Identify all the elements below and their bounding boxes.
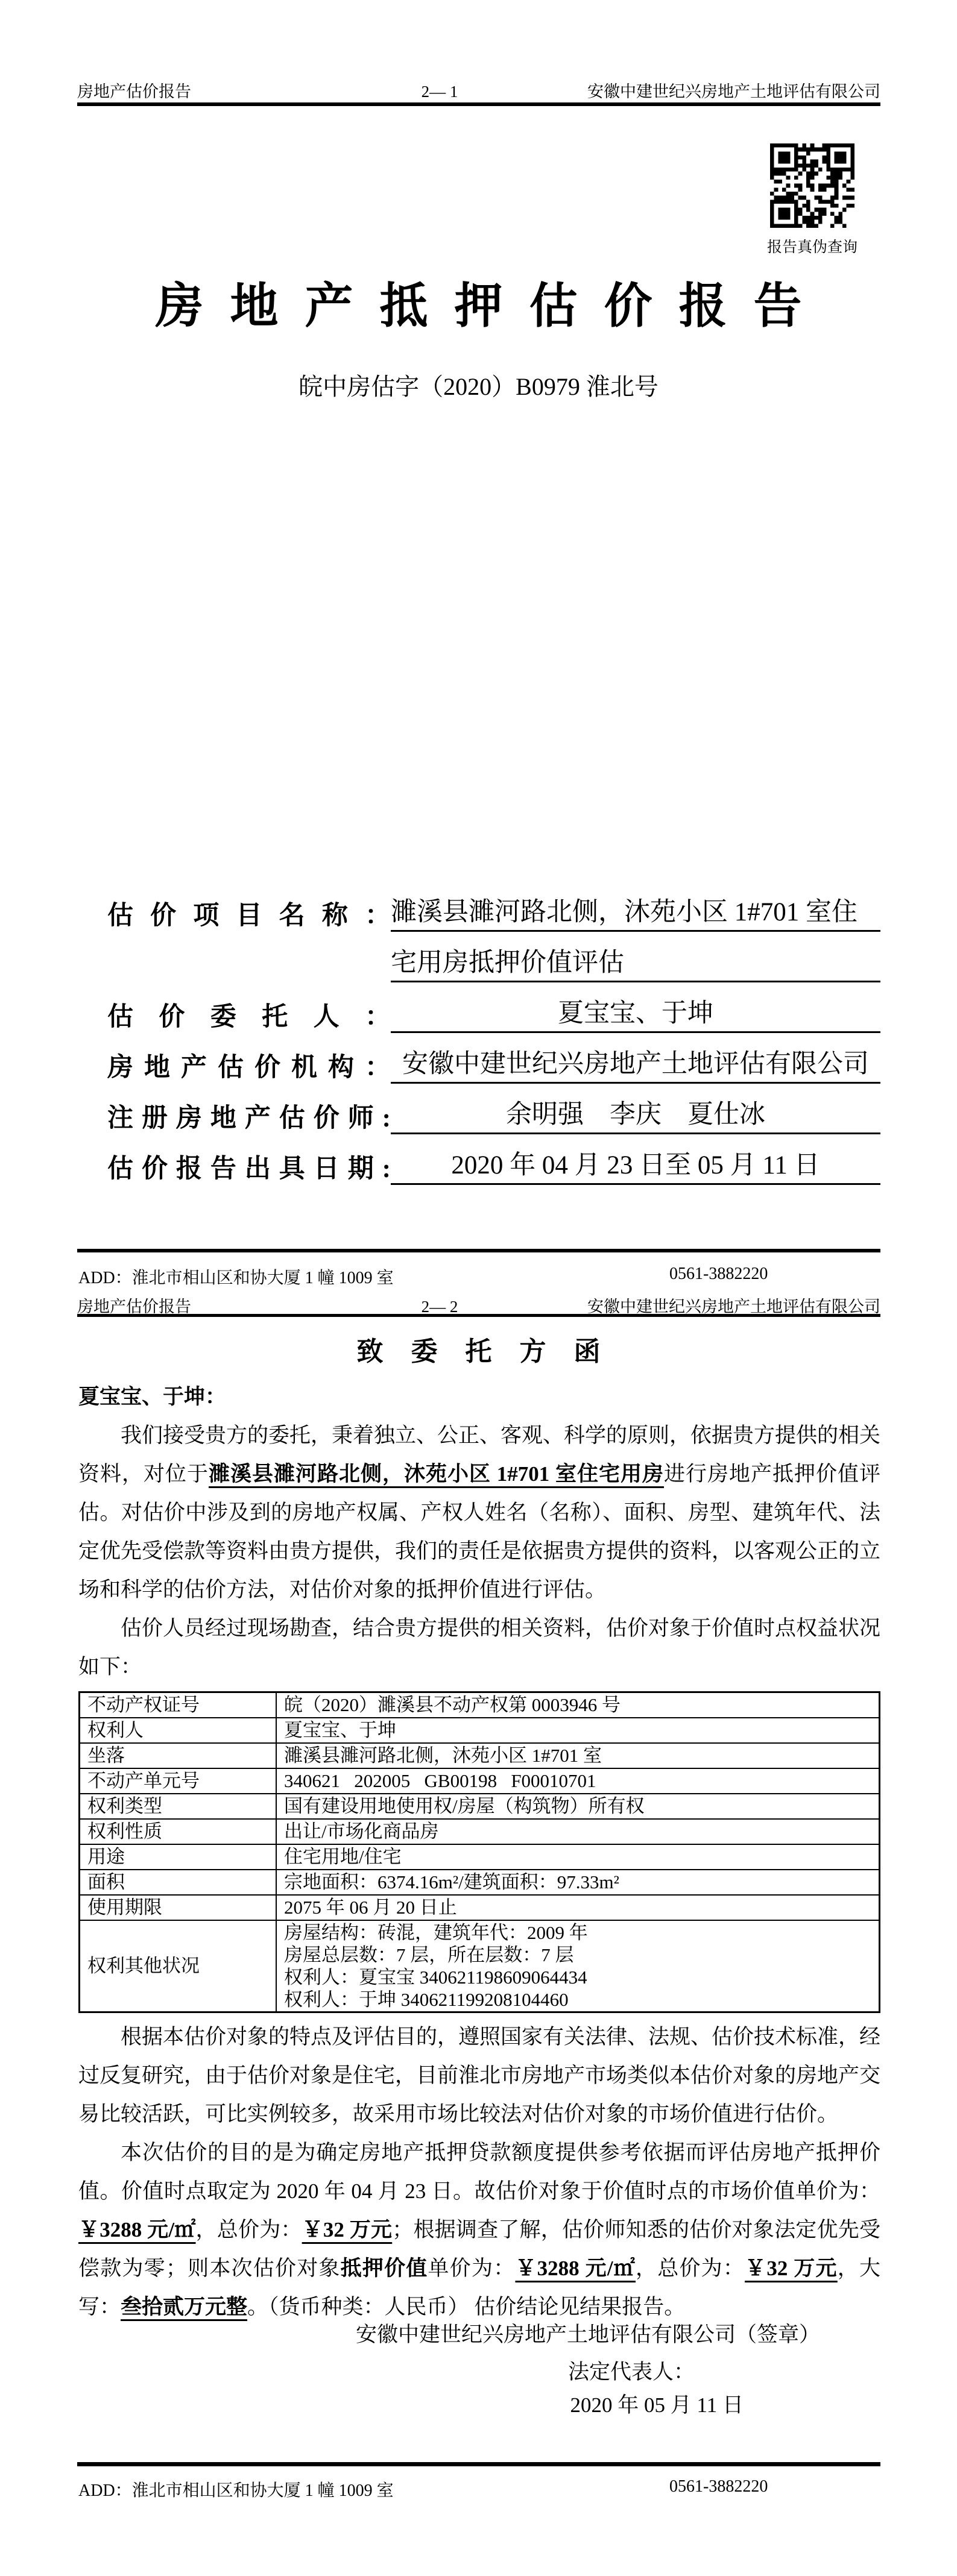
report-number: 皖中房估字（2020）B0979 淮北号 (0, 368, 957, 402)
header-rule (77, 102, 880, 106)
table-row: 用途住宅用地/住宅 (80, 1844, 880, 1870)
paragraph-commission: 我们接受贵方的委托，秉着独立、公正、客观、科学的原则，依据贵方提供的相关资料，对… (78, 1416, 880, 1609)
salutation: 夏宝宝、于坤： (78, 1378, 880, 1416)
letter-heading: 致委托方函 (0, 1330, 957, 1368)
field-project-value-line1: 濉溪县濉河路北侧，沐苑小区 1#701 室住 (391, 891, 880, 932)
field-issue-date-label: 估价报告出具日期: (107, 1148, 391, 1185)
table-row-other-rights: 权利其他状况 房屋结构：砖混，建筑年代：2009 年 房屋总层数：7 层，所在层… (80, 1920, 880, 2012)
page2-header-rule (77, 1314, 880, 1317)
footer-address: ADD：淮北市相山区和协大厦 1 幢 1009 室 (78, 1269, 394, 1287)
field-appraisers-label: 注册房地产估价师: (107, 1098, 391, 1134)
field-appraisers-value: 余明强 李庆 夏仕冰 (391, 1094, 880, 1134)
field-client: 估价委托人： 夏宝宝、于坤 (107, 982, 880, 1033)
field-issue-date-value: 2020 年 04 月 23 日至 05 月 11 日 (391, 1145, 880, 1185)
field-agency: 房地产估价机构： 安徽中建世纪兴房地产土地评估有限公司 (107, 1033, 880, 1084)
property-rights-table: 不动产权证号皖（2020）濉溪县不动产权第 0003946 号 权利人夏宝宝、于… (78, 1691, 880, 2013)
header-company-name: 安徽中建世纪兴房地产土地评估有限公司 (579, 78, 880, 102)
unit-price-value: ￥3288 元/㎡ (78, 2218, 196, 2241)
table-row: 权利性质出让/市场化商品房 (80, 1819, 880, 1844)
page2-footer: ADD：淮北市相山区和协大厦 1 幢 1009 室 0561-3882220 (78, 2477, 880, 2501)
field-client-label: 估价委托人： (107, 996, 391, 1033)
signature-company: 安徽中建世纪兴房地产土地评估有限公司（签章） (356, 2318, 820, 2348)
footer-phone: 0561-3882220 (669, 2477, 768, 2496)
field-agency-value: 安徽中建世纪兴房地产土地评估有限公司 (391, 1043, 880, 1084)
table-row: 坐落濉溪县濉河路北侧，沐苑小区 1#701 室 (80, 1743, 880, 1768)
letter-body: 夏宝宝、于坤： 我们接受贵方的委托，秉着独立、公正、客观、科学的原则，依据贵方提… (78, 1378, 880, 2326)
signature-date: 2020 年 05 月 11 日 (570, 2389, 744, 2419)
report-title: 房地产抵押估价报告 (0, 267, 957, 336)
page1-running-header: 房地产估价报告 2— 1 安徽中建世纪兴房地产土地评估有限公司 (77, 78, 880, 102)
mortgage-unit-price-value: ￥3288 元/㎡ (515, 2257, 636, 2280)
subject-property-emphasis: 濉溪县濉河路北侧，沐苑小区 1#701 室住宅用房 (209, 1462, 664, 1486)
qr-code (770, 143, 854, 228)
qr-caption: 报告真伪查询 (761, 235, 864, 257)
report-document: 房地产估价报告 2— 1 安徽中建世纪兴房地产土地评估有限公司 报告真伪查询 房… (0, 0, 957, 2576)
field-project-value-line2: 宅用房抵押价值评估 (391, 942, 880, 982)
mortgage-total-price-value: ￥32 万元 (745, 2257, 838, 2280)
mortgage-value-term: 抵押价值 (341, 2257, 428, 2280)
total-price-value: ￥32 万元 (302, 2218, 393, 2241)
field-project-name-line2: 宅用房抵押价值评估 (107, 932, 880, 982)
field-agency-label: 房地产估价机构： (107, 1047, 391, 1084)
field-appraisers: 注册房地产估价师: 余明强 李庆 夏仕冰 (107, 1084, 880, 1134)
page1-footer-rule (77, 1249, 880, 1252)
page2-footer-rule (77, 2462, 880, 2466)
field-issue-date: 估价报告出具日期: 2020 年 04 月 23 日至 05 月 11 日 (107, 1134, 880, 1185)
header-doc-type: 房地产估价报告 (77, 78, 300, 102)
table-row: 面积宗地面积：6374.16m²/建筑面积：97.33m² (80, 1870, 880, 1895)
table-row: 权利类型国有建设用地使用权/房屋（构筑物）所有权 (80, 1794, 880, 1819)
table-row: 权利人夏宝宝、于坤 (80, 1718, 880, 1743)
paragraph-valuation-result: 本次估价的目的是为确定房地产抵押贷款额度提供参考依据而评估房地产抵押价值。价值时… (78, 2134, 880, 2326)
field-client-value: 夏宝宝、于坤 (391, 993, 880, 1033)
paragraph-method: 根据本估价对象的特点及评估目的，遵照国家有关法律、法规、估价技术标准，经过反复研… (78, 2018, 880, 2134)
table-row: 不动产单元号340621 202005 GB00198 F00010701 (80, 1768, 880, 1794)
header-page-number: 2— 1 (300, 83, 579, 101)
footer-phone: 0561-3882220 (669, 1264, 768, 1284)
field-project-name: 估价项目名称： 濉溪县濉河路北侧，沐苑小区 1#701 室住 (107, 881, 880, 932)
table-row: 使用期限2075 年 06 月 20 日止 (80, 1895, 880, 1920)
table-row: 不动产权证号皖（2020）濉溪县不动产权第 0003946 号 (80, 1692, 880, 1718)
field-project-label: 估价项目名称： (107, 895, 391, 932)
amount-in-words: 叁拾贰万元整 (121, 2295, 247, 2319)
signature-legal-rep: 法定代表人： (568, 2355, 695, 2386)
paragraph-survey: 估价人员经过现场勘查，结合贵方提供的相关资料，估价对象于价值时点权益状况如下： (78, 1609, 880, 1686)
footer-address: ADD：淮北市相山区和协大厦 1 幢 1009 室 (78, 2481, 394, 2500)
cover-fields: 估价项目名称： 濉溪县濉河路北侧，沐苑小区 1#701 室住 宅用房抵押价值评估… (107, 881, 880, 1185)
page1-footer: ADD：淮北市相山区和协大厦 1 幢 1009 室 0561-3882220 (78, 1264, 880, 1289)
